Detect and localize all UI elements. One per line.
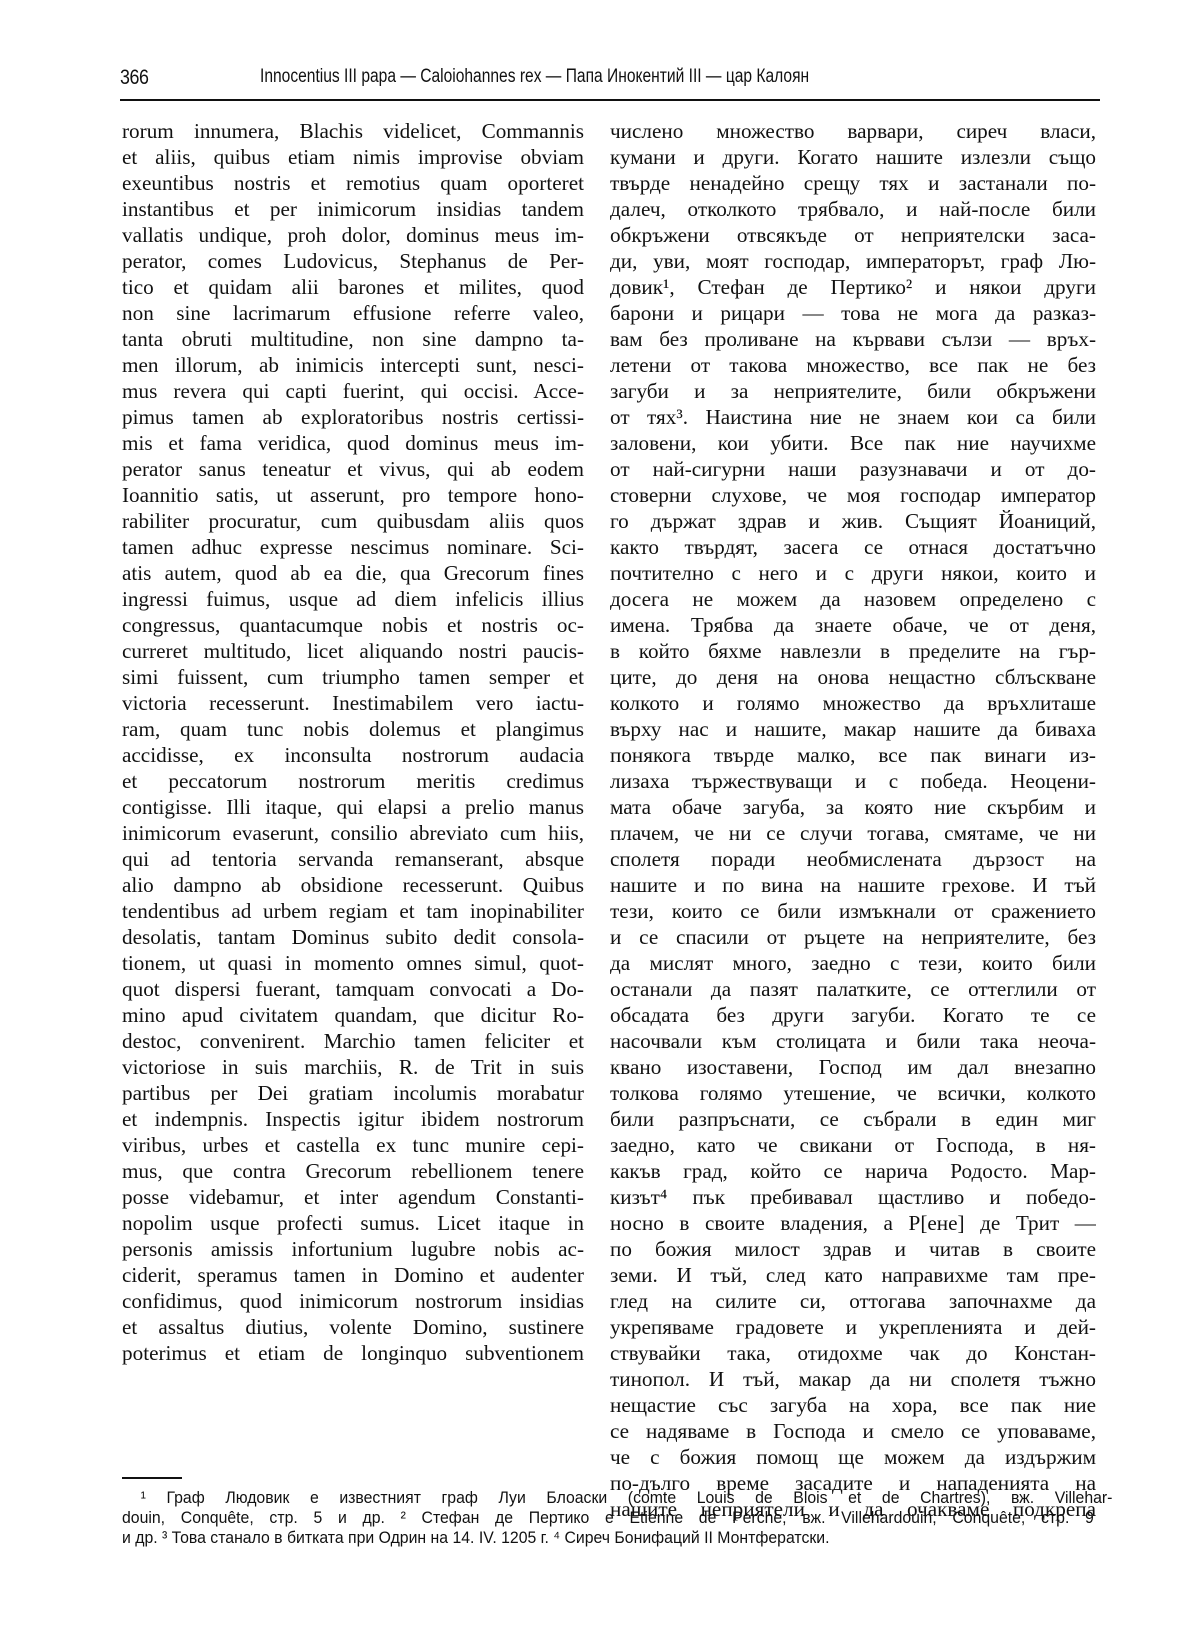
text-line: глед на силите си, оттогава започнахме д… <box>610 1288 1096 1314</box>
text-line: сполетя поради необмислената дързост на <box>610 846 1096 872</box>
text-line: tionem, ut quasi in momento omnes simul,… <box>122 950 584 976</box>
text-line: et assaltus diutius, volente Domino, sus… <box>122 1314 584 1340</box>
text-line: pimus tamen ab exploratoribus nostris ce… <box>122 404 584 430</box>
text-line: et indempnis. Inspectis igitur ibidem no… <box>122 1106 584 1132</box>
footnotes: ¹ Граф Людовик е известният граф Луи Бло… <box>122 1488 1026 1548</box>
text-line: victoria recesserunt. Inestimabilem vero… <box>122 690 584 716</box>
footnote-line: douin, Conquête, стр. 5 и др. ² Стефан д… <box>122 1508 1094 1528</box>
footnote-rule <box>122 1477 182 1479</box>
text-line: Ioannitio satis, ut asserunt, pro tempor… <box>122 482 584 508</box>
text-line: tico et quidam alii barones et milites, … <box>122 274 584 300</box>
text-line: и се спасили от ръцете на неприятелите, … <box>610 924 1096 950</box>
text-line: насочвали към столицата и били така неоч… <box>610 1028 1096 1054</box>
text-line: се надяваме в Господа и смело се уповава… <box>610 1418 1096 1444</box>
text-line: men illorum, ab inimicis intercepti sunt… <box>122 352 584 378</box>
text-line: останали да пазят палатките, се оттеглил… <box>610 976 1096 1002</box>
text-line: simi fuissent, cum triumpho tamen semper… <box>122 664 584 690</box>
text-line: обсадата без други загуби. Когато те се <box>610 1002 1096 1028</box>
text-line: quot dispersi fuerant, tamquam convocati… <box>122 976 584 1002</box>
text-line: нещастие със загуба на хора, все пак ние <box>610 1392 1096 1418</box>
text-line: почтително с него и с други някои, които… <box>610 560 1096 586</box>
text-line: personis amissis infortunium lugubre nob… <box>122 1236 584 1262</box>
text-line: вам без проливане на кървави сълзи — връ… <box>610 326 1096 352</box>
text-line: далеч, отколкото трябвало, и най-после б… <box>610 196 1096 222</box>
text-line: барони и рицари — това не мога да разказ… <box>610 300 1096 326</box>
text-line: летени от такова множество, все пак не б… <box>610 352 1096 378</box>
text-line: укрепяваме градовете и укрепленията и де… <box>610 1314 1096 1340</box>
text-line: instantibus et per inimicorum insidias t… <box>122 196 584 222</box>
text-line: qui ad tentoria servanda remanserant, ab… <box>122 846 584 872</box>
text-line: заловени, кои убити. Все пак ние научихм… <box>610 430 1096 456</box>
text-line: posse videbamur, et inter agendum Consta… <box>122 1184 584 1210</box>
text-line: да мислят много, заедно с тези, които би… <box>610 950 1096 976</box>
text-line: partibus per Dei gratiam incolumis morab… <box>122 1080 584 1106</box>
text-line: ците, до деня на онова нещастно сблъсква… <box>610 664 1096 690</box>
text-line: плачем, че ни се случи тогава, смятаме, … <box>610 820 1096 846</box>
text-line: заедно, като че свикани от Господа, в ня… <box>610 1132 1096 1158</box>
footnote-line: ¹ Граф Людовик е известният граф Луи Бло… <box>122 1488 1112 1508</box>
text-line: довик¹, Стефан де Пертико² и някои други <box>610 274 1096 300</box>
text-line: нашите и по вина на нашите грехове. И тъ… <box>610 872 1096 898</box>
text-line: tamen adhuc expresse nescimus nominare. … <box>122 534 584 560</box>
text-line: destoc, convenirent. Marchio tamen felic… <box>122 1028 584 1054</box>
text-line: кумани и други. Когато нашите излезли съ… <box>610 144 1096 170</box>
text-line: колкото и голямо множество да връхлиташе <box>610 690 1096 716</box>
text-line: curreret multitudo, licet aliquando nost… <box>122 638 584 664</box>
text-line: inimicorum evaserunt, consilio abreviato… <box>122 820 584 846</box>
text-line: че с божия помощ ще можем да издържим <box>610 1444 1096 1470</box>
header-rule <box>120 99 1100 101</box>
text-line: от тях³. Наистина ние не знаем кои са би… <box>610 404 1096 430</box>
page-number: 366 <box>120 66 149 90</box>
text-line: ствувайки така, отидохме чак до Констан- <box>610 1340 1096 1366</box>
text-line: били разпръснати, се събрали в един миг <box>610 1106 1096 1132</box>
text-line: квано изоставени, Господ им дал внезапно <box>610 1054 1096 1080</box>
text-line: congressus, quantacumque nobis et nostri… <box>122 612 584 638</box>
text-line: стоверни слухове, че моя господар импера… <box>610 482 1096 508</box>
text-line: обкръжени отвсякъде от неприятелски заса… <box>610 222 1096 248</box>
text-line: ingressi fuimus, usque ad diem infelicis… <box>122 586 584 612</box>
text-line: тинопол. И тъй, макар да ни сполетя тъжн… <box>610 1366 1096 1392</box>
text-line: mino apud civitatem quandam, que dicitur… <box>122 1002 584 1028</box>
text-line: mis et fama veridica, quod dominus meus … <box>122 430 584 456</box>
text-line: понякога твърде малко, все пак винаги из… <box>610 742 1096 768</box>
page-header: 366 Innocentius III papa — Caloiohannes … <box>120 66 1100 98</box>
text-line: мата обаче загуба, за която ние скърбим … <box>610 794 1096 820</box>
text-line: viribus, urbes et castella ex tunc munir… <box>122 1132 584 1158</box>
text-line: contigisse. Illi itaque, qui elapsi a pr… <box>122 794 584 820</box>
running-title: Innocentius III papa — Caloiohannes rex … <box>260 66 809 88</box>
text-line: ram, quam tunc nobis dolemus et plangimu… <box>122 716 584 742</box>
text-line: alio dampno ab obsidione recesserunt. Qu… <box>122 872 584 898</box>
text-line: mus, que contra Grecorum rebellionem ten… <box>122 1158 584 1184</box>
bulgarian-column: числено множество варвари, сиреч власи,к… <box>610 118 1096 1522</box>
text-line: носно в своите владения, а Р[ене] де Три… <box>610 1210 1096 1236</box>
text-line: poterimus et etiam de longinquo subventi… <box>122 1340 584 1366</box>
text-line: et aliis, quibus etiam nimis improvise o… <box>122 144 584 170</box>
text-line: rabiliter procuratur, cum quibusdam alii… <box>122 508 584 534</box>
text-line: числено множество варвари, сиреч власи, <box>610 118 1096 144</box>
text-line: както твърдят, засега се отнася достатъч… <box>610 534 1096 560</box>
text-line: го държат здрав и жив. Същият Йоаниций, <box>610 508 1096 534</box>
text-line: tendentibus ad urbem regiam et tam inopi… <box>122 898 584 924</box>
text-line: ди, уви, моят господар, императорът, гра… <box>610 248 1096 274</box>
text-line: exeuntibus nostris et remotius quam opor… <box>122 170 584 196</box>
text-line: perator sanus teneatur et vivus, qui ab … <box>122 456 584 482</box>
text-line: какъв град, който се нарича Родосто. Мар… <box>610 1158 1096 1184</box>
text-line: ciderit, speramus tamen in Domino et aud… <box>122 1262 584 1288</box>
text-line: досега не можем да назовем определено с <box>610 586 1096 612</box>
text-line: имена. Трябва да знаете обаче, че от ден… <box>610 612 1096 638</box>
text-line: в който бяхме навлезли в пределите на гъ… <box>610 638 1096 664</box>
footnote-line: и др. ³ Това станало в битката при Одрин… <box>122 1528 1094 1548</box>
text-line: толкова голямо утешение, че всички, колк… <box>610 1080 1096 1106</box>
text-line: твърде ненадейно срещу тях и застанали п… <box>610 170 1096 196</box>
text-line: nopolim usque profecti sumus. Licet itaq… <box>122 1210 584 1236</box>
text-line: confidimus, quod inimicorum nostrorum in… <box>122 1288 584 1314</box>
text-line: кизът⁴ пък пребивавал щастливо и победо- <box>610 1184 1096 1210</box>
text-line: земи. И тъй, след като направихме там пр… <box>610 1262 1096 1288</box>
latin-column: rorum innumera, Blachis videlicet, Comma… <box>122 118 584 1366</box>
text-line: non sine lacrimarum effusione referre va… <box>122 300 584 326</box>
text-line: mus revera qui capti fuerint, qui occisi… <box>122 378 584 404</box>
text-line: desolatis, tantam Dominus subito dedit c… <box>122 924 584 950</box>
text-line: accidisse, ex inconsulta nostrorum audac… <box>122 742 584 768</box>
text-line: vallatis undique, proh dolor, dominus me… <box>122 222 584 248</box>
text-line: върху нас и нашите, макар нашите да бива… <box>610 716 1096 742</box>
text-line: perator, comes Ludovicus, Stephanus de P… <box>122 248 584 274</box>
text-line: загуби и за неприятелите, били обкръжени <box>610 378 1096 404</box>
text-line: тези, които се били измъкнали от сражени… <box>610 898 1096 924</box>
text-line: от най-сигурни наши разузнавачи и от до- <box>610 456 1096 482</box>
text-line: victoriose in suis marchiis, R. de Trit … <box>122 1054 584 1080</box>
text-line: rorum innumera, Blachis videlicet, Comma… <box>122 118 584 144</box>
text-line: по божия милост здрав и читав в своите <box>610 1236 1096 1262</box>
text-line: tanta obruti multitudine, non sine dampn… <box>122 326 584 352</box>
text-line: лизаха тържествуващи и с победа. Неоцени… <box>610 768 1096 794</box>
text-line: et peccatorum nostrorum meritis credimus <box>122 768 584 794</box>
text-line: atis autem, quod ab ea die, qua Grecorum… <box>122 560 584 586</box>
